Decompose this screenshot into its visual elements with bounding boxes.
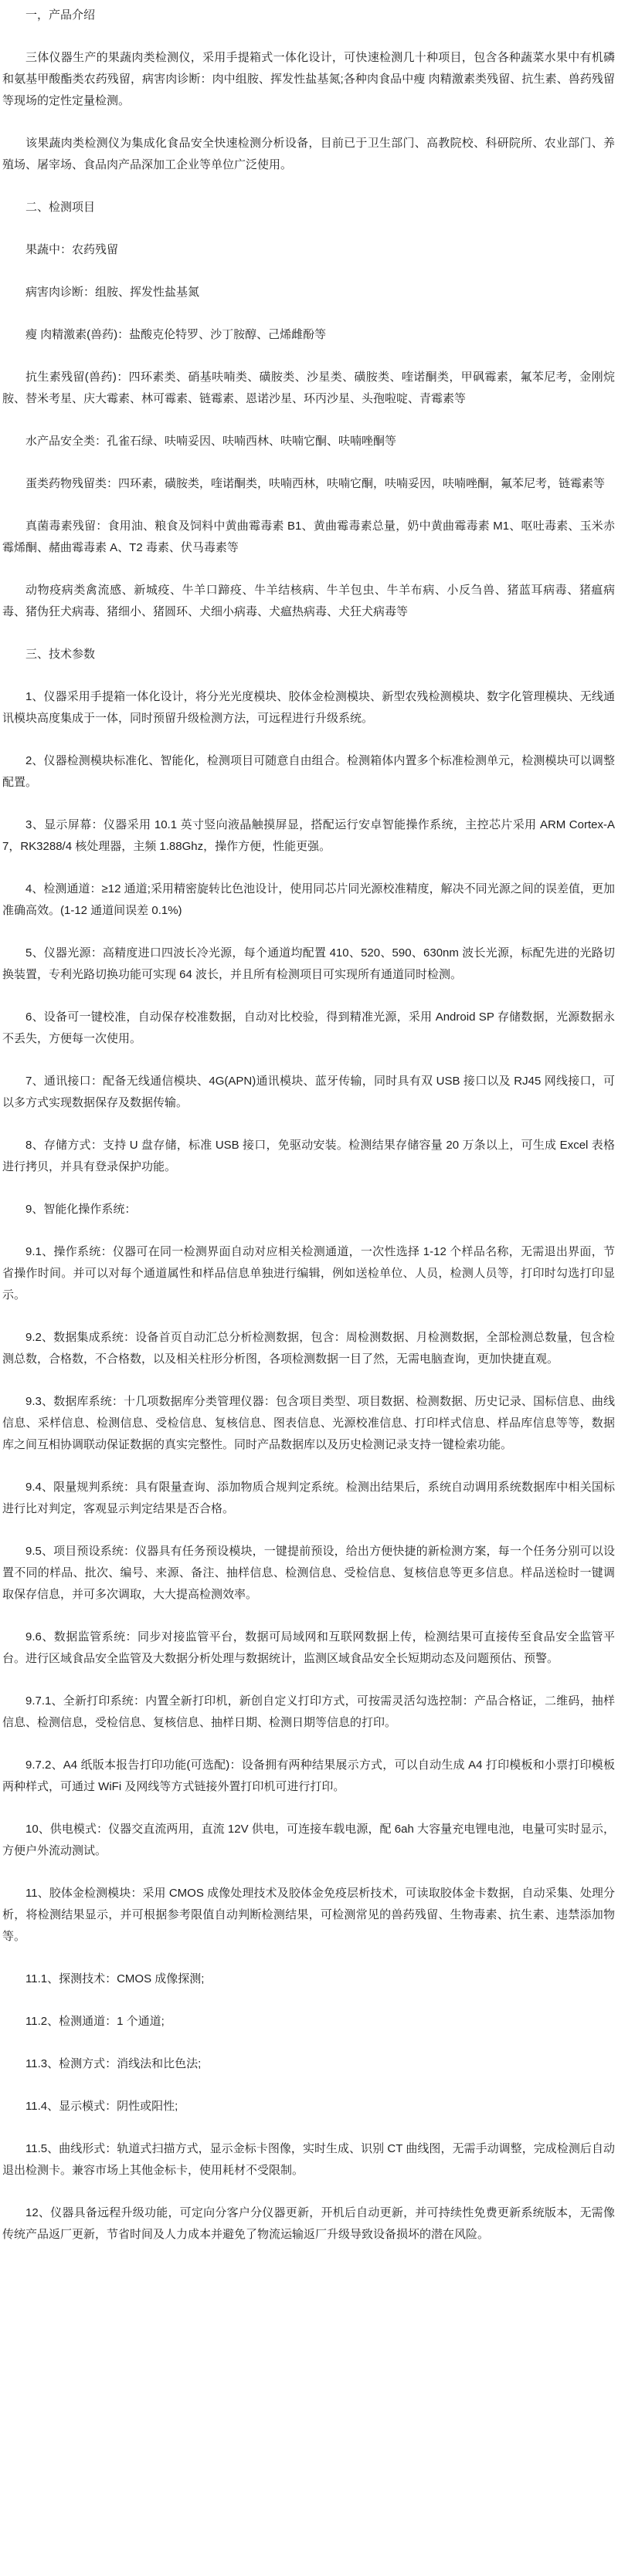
doc-paragraph: 该果蔬肉类检测仪为集成化食品安全快速检测分析设备，目前已于卫生部门、高教院校、科… [2,133,615,176]
doc-paragraph: 动物疫病类禽流感、新城疫、牛羊口蹄疫、牛羊结核病、牛羊包虫、牛羊布病、小反刍兽、… [2,580,615,623]
doc-paragraph: 9.6、数据监管系统：同步对接监管平台，数据可局域网和互联网数据上传，检测结果可… [2,1627,615,1670]
doc-paragraph: 9.4、限量规判系统：具有限量查询、添加物质合规判定系统。检测出结果后，系统自动… [2,1477,615,1520]
document-body: 一，产品介绍三体仪器生产的果蔬肉类检测仪，采用手提箱式一体化设计，可快速检测几十… [2,5,615,2246]
doc-paragraph: 果蔬中：农药残留 [2,239,615,261]
doc-paragraph: 水产品安全类：孔雀石绿、呋喃妥因、呋喃西林、呋喃它酮、呋喃唑酮等 [2,431,615,452]
doc-paragraph: 9.7.2、A4 纸版本报告打印功能(可选配)：设备拥有两种结果展示方式，可以自… [2,1755,615,1798]
doc-paragraph: 9.3、数据库系统：十几项数据库分类管理仪器：包含项目类型、项目数据、检测数据、… [2,1391,615,1456]
doc-paragraph: 9.1、操作系统：仪器可在同一检测界面自动对应相关检测通道，一次性选择 1-12… [2,1241,615,1306]
doc-paragraph: 9、智能化操作系统： [2,1199,615,1220]
doc-paragraph: 8、存储方式：支持 U 盘存储，标准 USB 接口，免驱动安装。检测结果存储容量… [2,1135,615,1178]
doc-paragraph: 7、通讯接口：配备无线通信模块、4G(APN)通讯模块、蓝牙传输，同时具有双 U… [2,1071,615,1114]
document-page: 一，产品介绍三体仪器生产的果蔬肉类检测仪，采用手提箱式一体化设计，可快速检测几十… [0,0,618,2576]
doc-paragraph: 11、胶体金检测模块：采用 CMOS 成像处理技术及胶体金免疫层析技术，可读取胶… [2,1883,615,1948]
doc-paragraph: 三体仪器生产的果蔬肉类检测仪，采用手提箱式一体化设计，可快速检测几十种项目，包含… [2,47,615,112]
doc-paragraph: 6、设备可一键校准，自动保存校准数据，自动对比校验，得到精准光源，采用 Andr… [2,1007,615,1050]
doc-paragraph: 3、显示屏幕：仪器采用 10.1 英寸竖向液晶触摸屏显，搭配运行安卓智能操作系统… [2,814,615,858]
doc-paragraph: 瘦 肉精激素(兽药)：盐酸克伦特罗、沙丁胺醇、己烯雌酚等 [2,324,615,346]
doc-paragraph: 蛋类药物残留类：四环素，磺胺类，喹诺酮类，呋喃西林，呋喃它酮，呋喃妥因，呋喃唑酮… [2,473,615,495]
doc-paragraph: 10、供电模式：仪器交直流两用，直流 12V 供电，可连接车载电源，配 6ah … [2,1819,615,1862]
doc-paragraph: 11.4、显示模式：阴性或阳性; [2,2096,615,2117]
doc-paragraph: 12、仪器具备远程升级功能，可定向分客户分仪器更新，开机后自动更新，并可持续性免… [2,2202,615,2246]
doc-paragraph: 11.5、曲线形式：轨道式扫描方式，显示金标卡图像，实时生成、识别 CT 曲线图… [2,2138,615,2182]
doc-paragraph: 9.5、项目预设系统：仪器具有任务预设模块，一键提前预设，给出方便快捷的新检测方… [2,1541,615,1606]
doc-paragraph: 1、仪器采用手提箱一体化设计，将分光光度模块、胶体金检测模块、新型农残检测模块、… [2,686,615,729]
section-heading: 二、检测项目 [2,197,615,218]
doc-paragraph: 9.7.1、全新打印系统：内置全新打印机，新创自定义打印方式，可按需灵活勾选控制… [2,1691,615,1734]
doc-paragraph: 11.1、探测技术：CMOS 成像探测; [2,1968,615,1990]
doc-paragraph: 9.2、数据集成系统：设备首页自动汇总分析检测数据，包含：周检测数据、月检测数据… [2,1327,615,1370]
doc-paragraph: 4、检测通道：≥12 通道;采用精密旋转比色池设计，使用同芯片同光源校准精度，解… [2,878,615,922]
doc-paragraph: 11.3、检测方式：消线法和比色法; [2,2053,615,2075]
doc-paragraph: 11.2、检测通道：1 个通道; [2,2011,615,2033]
doc-paragraph: 病害肉诊断：组胺、挥发性盐基氮 [2,282,615,303]
doc-paragraph: 真菌毒素残留：食用油、粮食及饲料中黄曲霉毒素 B1、黄曲霉毒素总量，奶中黄曲霉毒… [2,516,615,559]
doc-paragraph: 5、仪器光源：高精度进口四波长冷光源，每个通道均配置 410、520、590、6… [2,943,615,986]
section-heading: 三、技术参数 [2,644,615,665]
doc-paragraph: 抗生素残留(兽药)：四环素类、硝基呋喃类、磺胺类、沙星类、磺胺类、喹诺酮类，甲砜… [2,367,615,410]
doc-paragraph: 2、仪器检测模块标准化、智能化，检测项目可随意自由组合。检测箱体内置多个标准检测… [2,750,615,794]
section-heading: 一，产品介绍 [2,5,615,26]
